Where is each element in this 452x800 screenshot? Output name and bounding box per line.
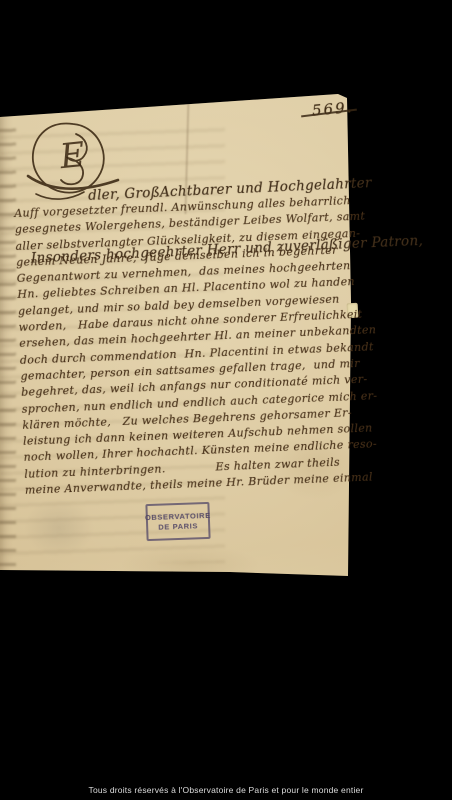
- rights-notice: Tous droits réservés à l'Observatoire de…: [0, 785, 452, 795]
- stamp-text: OBSERVATOIRE: [145, 511, 211, 521]
- left-fold-bleed-strip: [0, 124, 16, 570]
- letter-body-text: Auff vorgesetzter freundl. Anwünschung a…: [14, 192, 382, 499]
- observatoire-stamp: OBSERVATOIRE DE PARIS: [145, 502, 210, 541]
- stamp-text: DE PARIS: [158, 522, 198, 531]
- manuscript-scan-view: 569. E dler, GroßAchtbarer und Hochgelah…: [0, 0, 452, 800]
- folio-number: 569.: [311, 98, 354, 120]
